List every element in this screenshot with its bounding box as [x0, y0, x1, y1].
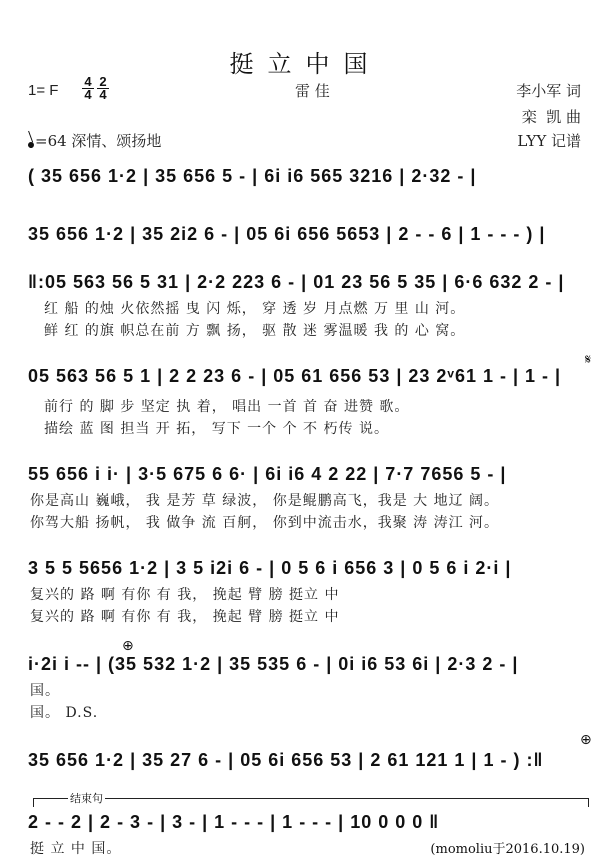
tempo-marking: =64 深情、颂扬地 [28, 130, 161, 151]
lyrics-5-verse-1: 你是高山 巍峨， 我 是芳 草 绿波， 你是鲲鹏高飞，我是 大 地辽 阔。 [30, 490, 499, 510]
coda-icon: ⊕ [122, 638, 134, 654]
lyrics-6-verse-2: 复兴的 路 啊 有你 有 我， 挽起 臂 膀 挺立 中 [30, 606, 340, 626]
staff-line-3: ‖:05 563 56 5 31 | 2·2 223 6 - | 01 23 5… [28, 272, 588, 293]
lyrics-6-verse-1: 复兴的 路 啊 有你 有 我， 挽起 臂 膀 挺立 中 [30, 584, 340, 604]
ending-label: 结束句 [68, 790, 105, 806]
transcription-credit: (momoliu于2016.10.19) [430, 838, 585, 857]
staff-line-1: ( 35 656 1·2 | 35 656 5 - | 6i i6 565 32… [28, 166, 588, 187]
staff-line-6: 3 5 5 5656 1·2 | 3 5 i2i 6 - | 0 5 6 i 6… [28, 558, 588, 579]
segno-icon: 𝄋 [585, 352, 591, 368]
lyrics-7-verse-1: 国。 [30, 680, 60, 700]
coda-icon-2: ⊕ [580, 732, 592, 748]
singer: 雷 佳 [295, 80, 330, 101]
lyrics-3-verse-1: 红 船 的烛 火依然摇 曳 闪 烁， 穿 透 岁 月点燃 万 里 山 河。 [44, 298, 465, 318]
lyrics-4-verse-2: 描绘 蓝 图 担当 开 拓， 写下 一个 个 不 朽传 说。 [44, 418, 389, 438]
composer: 栾 凯 曲 [522, 106, 581, 127]
quarter-note-icon [27, 141, 35, 149]
ending-bracket [33, 798, 589, 807]
lyrics-3-verse-2: 鲜 红 的旗 帜总在前 方 飘 扬， 驱 散 迷 雾温暖 我 的 心 窝。 [44, 320, 465, 340]
lyrics-4-verse-1: 前行 的 脚 步 坚定 执 着， 唱出 一首 首 奋 进赞 歌。 [44, 396, 409, 416]
staff-line-2: 35 656 1·2 | 35 2i2 6 - | 05 6i 656 5653… [28, 224, 588, 245]
staff-line-4: 05 563 56 5 1 | 2 2 23 6 - | 05 61 656 5… [28, 366, 588, 387]
time-signature-2: 2 4 [97, 76, 109, 101]
lyrics-7-verse-2: 国。 D.S. [30, 702, 98, 722]
staff-line-5: 55 656 i i· | 3·5 675 6 6· | 6i i6 4 2 2… [28, 464, 588, 485]
key-signature: 1= F [28, 82, 58, 99]
transcriber: LYY 记谱 [517, 130, 581, 151]
lyricist: 李小军 词 [516, 80, 581, 101]
staff-line-8: 35 656 1·2 | 35 27 6 - | 05 6i 656 53 | … [28, 750, 588, 771]
time-signature-1: 4 4 [82, 76, 94, 101]
staff-line-7: i·2i i -- | (35 532 1·2 | 35 535 6 - | 0… [28, 654, 588, 675]
staff-line-9: 2 - - 2 | 2 - 3 - | 3 - | 1 - - - | 1 - … [28, 812, 588, 833]
lyrics-9: 挺 立 中 国。 [30, 838, 121, 858]
lyrics-5-verse-2: 你驾大船 扬帆， 我 做争 流 百舸， 你到中流击水，我聚 涛 涛江 河。 [30, 512, 499, 532]
